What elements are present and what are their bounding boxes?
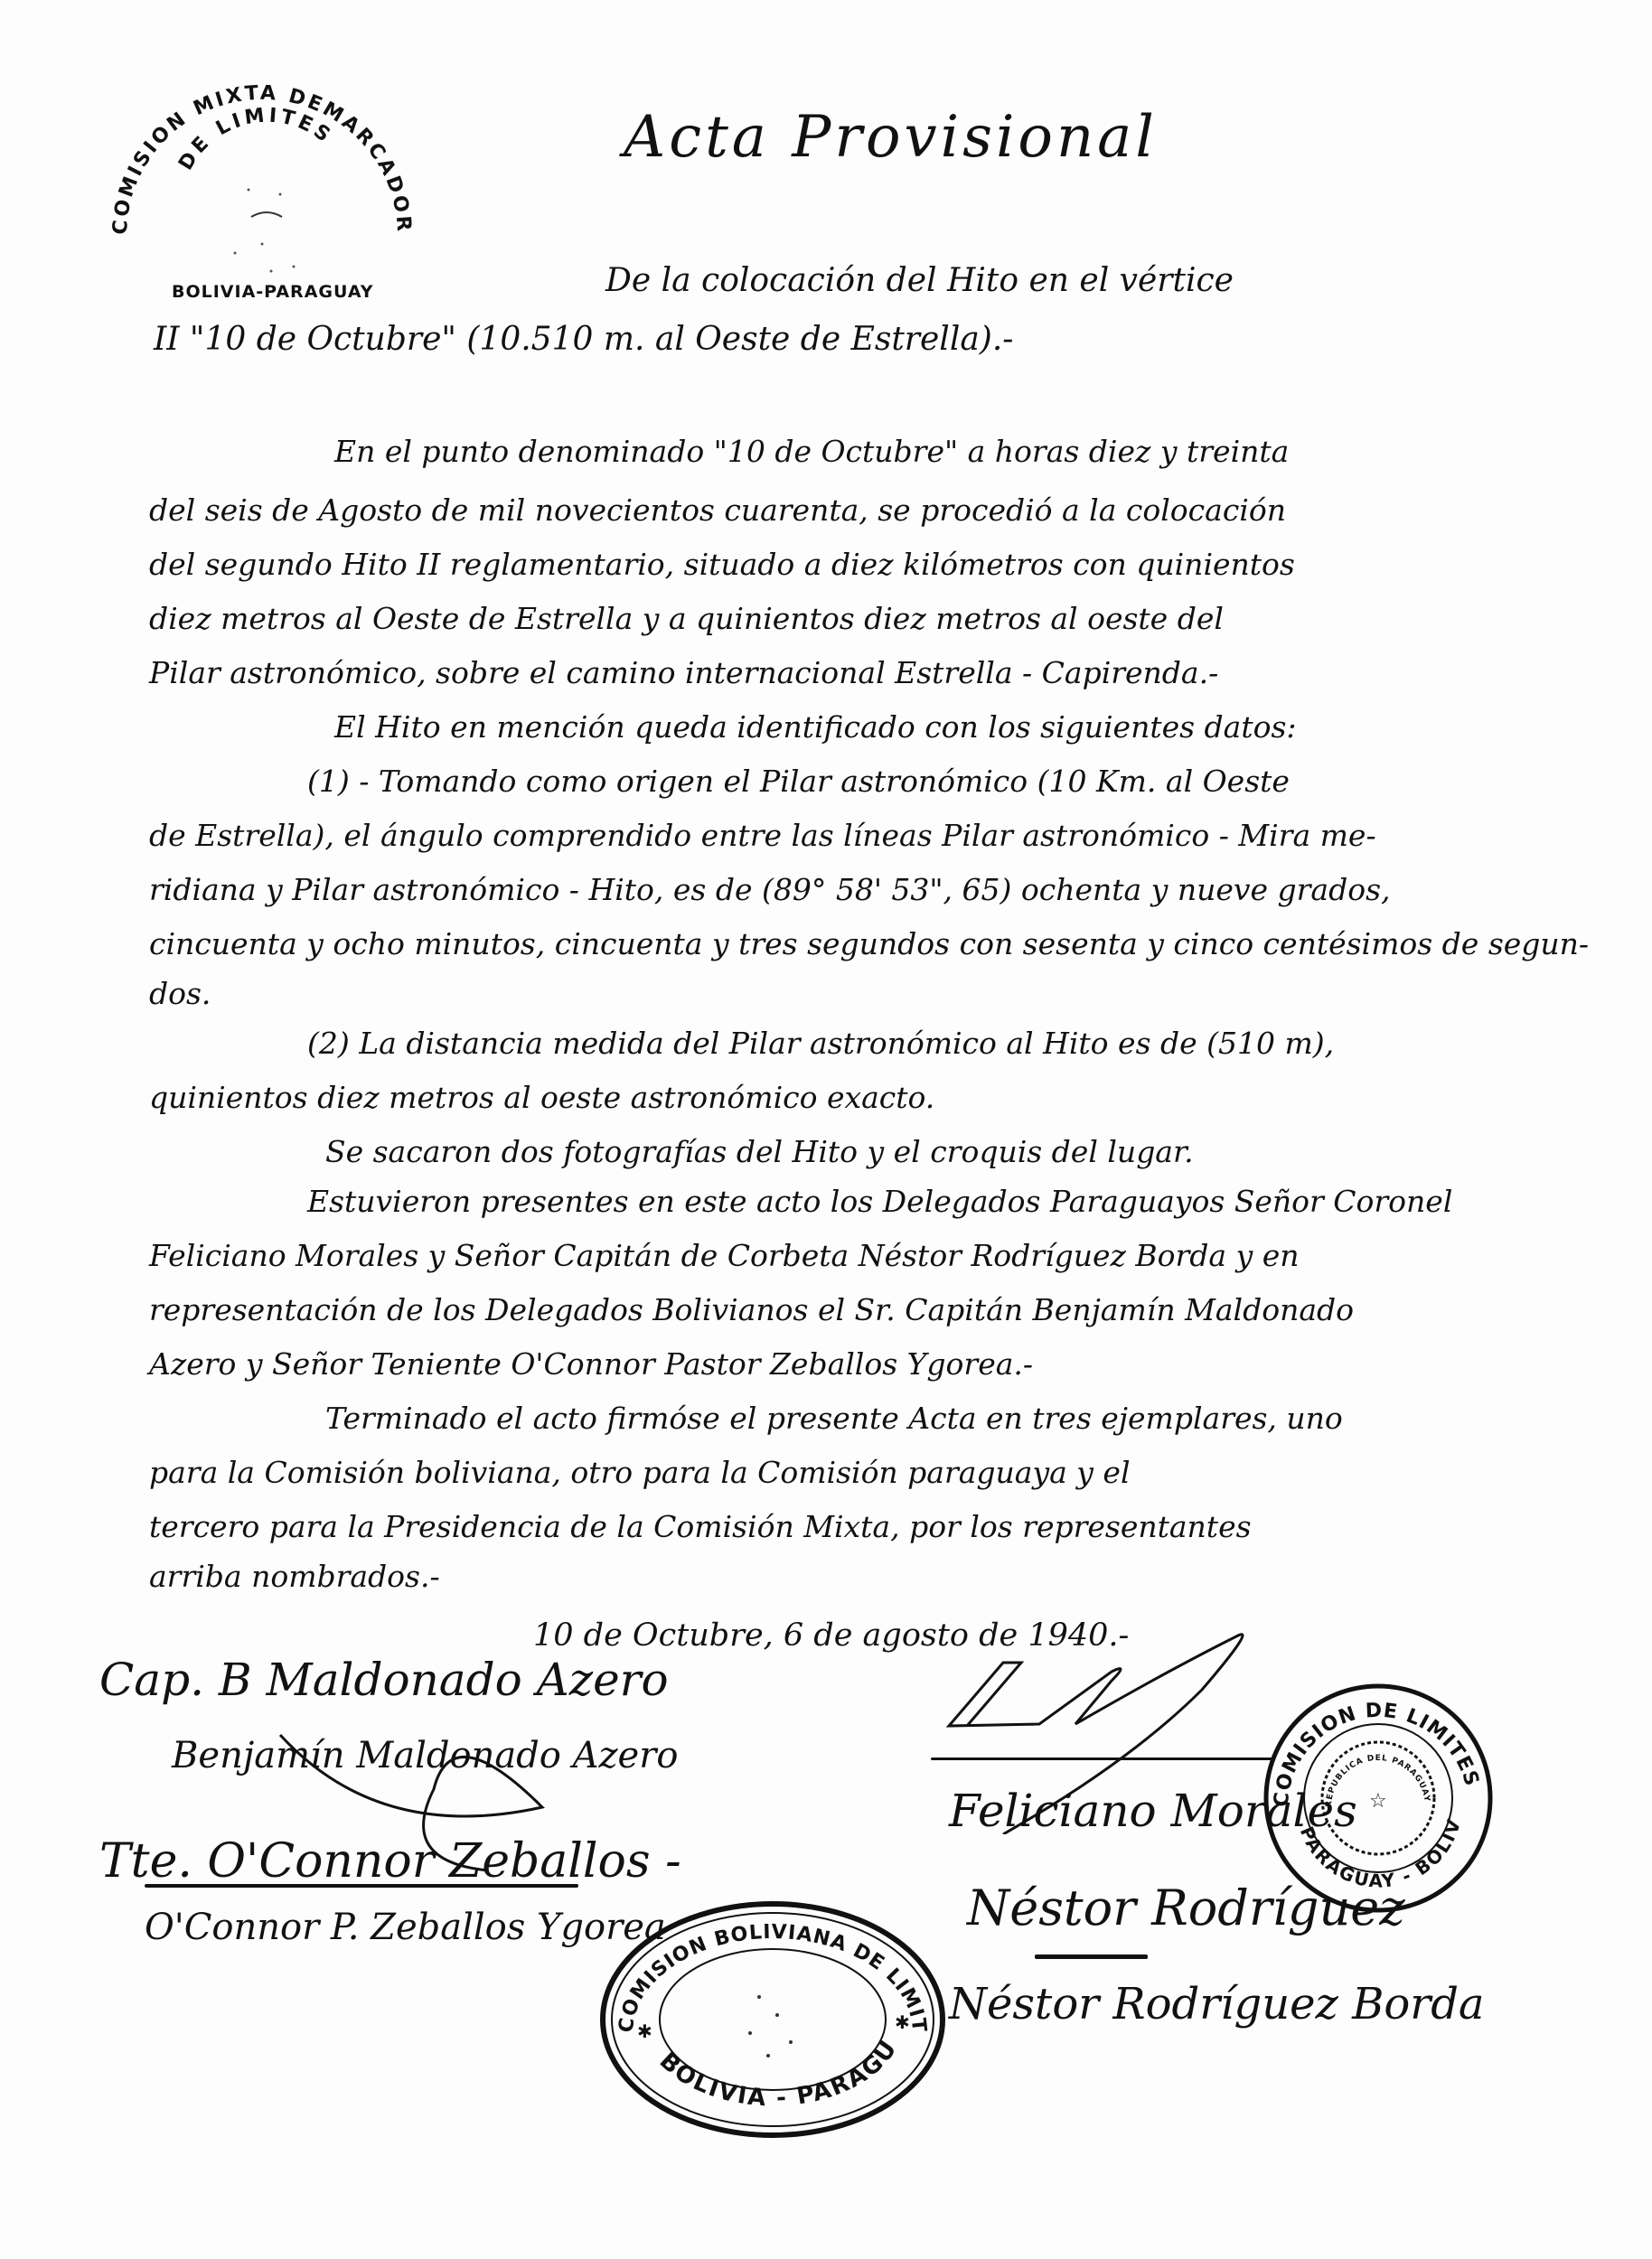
- body-line: cincuenta y ocho minutos, cincuenta y tr…: [149, 926, 1589, 961]
- document-subtitle-line-2: II "10 de Octubre" (10.510 m. al Oeste d…: [154, 321, 1013, 358]
- body-line: Estuvieron presentes en este acto los De…: [307, 1184, 1452, 1219]
- body-line: dos.: [149, 976, 211, 1011]
- body-line: ridiana y Pilar astronómico - Hito, es d…: [149, 872, 1391, 907]
- svg-text:✱: ✱: [895, 2011, 910, 2033]
- body-line: arriba nombrados.-: [149, 1559, 440, 1594]
- letterhead-stamp: COMISION MIXTA DEMARCADORA DE LIMITES BO…: [90, 36, 452, 307]
- star-icon: ☆: [1369, 1790, 1387, 1813]
- stamp-bolivian-top-text: COMISION BOLIVIANA DE LIMITES: [596, 1898, 930, 2034]
- stamp-bolivian-commission: COMISION BOLIVIANA DE LIMITES BOLIVIA - …: [596, 1898, 949, 2142]
- letterhead-emblem-icon: COMISION MIXTA DEMARCADORA DE LIMITES: [90, 36, 452, 307]
- body-line: quinientos diez metros al oeste astronóm…: [149, 1080, 934, 1115]
- body-line: Se sacaron dos fotografías del Hito y el…: [325, 1134, 1194, 1169]
- signature-oconnor: Tte. O'Connor Zeballos -: [99, 1834, 681, 1889]
- body-line: Pilar astronómico, sobre el camino inter…: [149, 655, 1218, 690]
- svg-text:COMISION MIXTA DEMARCADORA: COMISION MIXTA DEMARCADORA: [90, 36, 415, 235]
- body-line: El Hito en mención queda identificado co…: [334, 709, 1297, 745]
- document-subtitle-line-1: De la colocación del Hito en el vértice: [605, 262, 1234, 299]
- document-title: Acta Provisional: [624, 104, 1158, 171]
- body-line: En el punto denominado "10 de Octubre" a…: [334, 434, 1289, 469]
- printed-name-rodriguez: Néstor Rodríguez Borda: [949, 1979, 1485, 2029]
- printed-name-oconnor: O'Connor P. Zeballos Ygorea: [145, 1907, 666, 1948]
- body-line: Terminado el acto firmóse el presente Ac…: [325, 1401, 1343, 1436]
- body-line: (1) - Tomando como origen el Pilar astro…: [307, 764, 1290, 799]
- svg-text:✱: ✱: [637, 2020, 652, 2042]
- letterhead-country: BOLIVIA-PARAGUAY: [172, 282, 373, 302]
- oval-seal-icon: COMISION BOLIVIANA DE LIMITES BOLIVIA - …: [596, 1898, 949, 2142]
- body-line: del seis de Agosto de mil novecientos cu…: [149, 492, 1286, 528]
- stamp-paraguayan-commission: COMISION DE LIMITES PARAGUAY - BOLIVIA R…: [1261, 1681, 1496, 1916]
- body-line: de Estrella), el ángulo comprendido entr…: [149, 818, 1376, 853]
- body-line: Azero y Señor Teniente O'Connor Pastor Z…: [149, 1346, 1033, 1382]
- body-line: representación de los Delegados Bolivian…: [149, 1292, 1354, 1327]
- signature-underline: [145, 1884, 578, 1888]
- body-line: para la Comisión boliviana, otro para la…: [149, 1455, 1131, 1490]
- body-line: del segundo Hito II reglamentario, situa…: [149, 547, 1295, 582]
- body-line: tercero para la Presidencia de la Comisi…: [149, 1509, 1252, 1544]
- letterhead-arc-outer: COMISION MIXTA DEMARCADORA: [90, 36, 415, 235]
- body-line: Feliciano Morales y Señor Capitán de Cor…: [149, 1238, 1300, 1273]
- round-seal-icon: COMISION DE LIMITES PARAGUAY - BOLIVIA R…: [1261, 1681, 1496, 1916]
- signature-underline: [1035, 1954, 1148, 1959]
- body-line: diez metros al Oeste de Estrella y a qui…: [149, 601, 1224, 636]
- svg-text:COMISION BOLIVIANA DE LIMITES: COMISION BOLIVIANA DE LIMITES: [596, 1898, 930, 2034]
- signature-underline: [931, 1758, 1274, 1760]
- body-line: (2) La distancia medida del Pilar astron…: [307, 1026, 1334, 1061]
- document-page: COMISION MIXTA DEMARCADORA DE LIMITES BO…: [0, 0, 1652, 2259]
